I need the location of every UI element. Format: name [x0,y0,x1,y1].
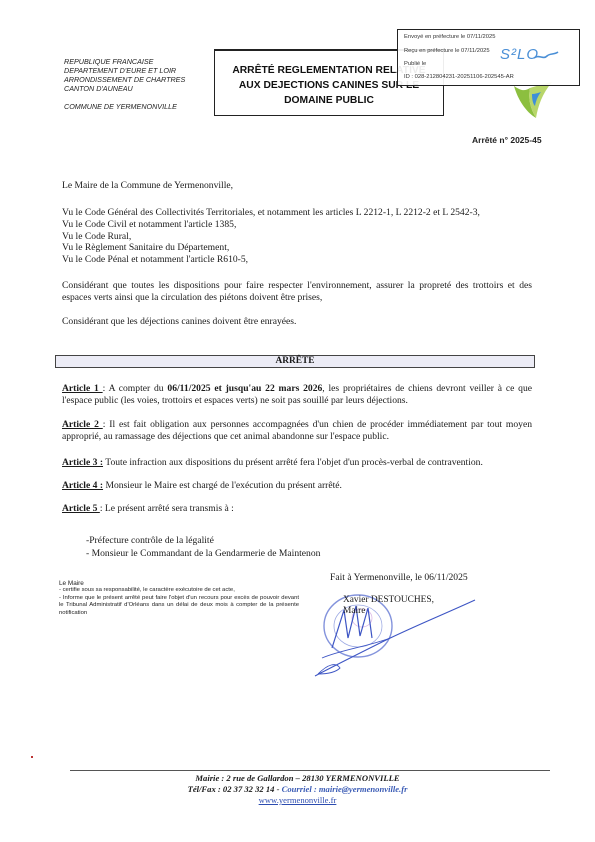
footer-divider [70,770,550,771]
title-line: DOMAINE PUBLIC [215,93,443,108]
signatory-role: Maire [343,606,434,617]
article-text: Monsieur le Maire est chargé de l'exécut… [105,480,342,491]
article-label: Article 4 : [62,480,103,491]
considerant-1: Considérant que toutes les dispositions … [62,280,532,304]
note-heading: Le Maire [59,580,299,587]
administrative-header: REPUBLIQUE FRANCAISE DEPARTEMENT D'EURE … [64,57,185,111]
footer-contact: Tél/Fax : 02 37 32 32 14 - Courriel : ma… [0,784,595,795]
visa-item: Vu le Code Général des Collectivités Ter… [62,207,532,219]
article-text: Le présent arrêté sera transmis à : [105,503,234,514]
scan-speck [31,756,33,758]
note-line: - certifie sous sa responsabilité, le ca… [59,587,299,594]
stamp-sent: Envoyé en préfecture le 07/11/2025 [404,34,495,40]
article-4: Article 4 : Monsieur le Maire est chargé… [62,480,532,492]
article-label: Article 3 : [62,457,103,468]
article-5: Article 5 : Le présent arrêté sera trans… [62,503,532,515]
visa-item: Vu le Code Rural, [62,231,532,243]
article-1: Article 1 : A compter du 06/11/2025 et j… [62,383,532,407]
visas-list: Vu le Code Général des Collectivités Ter… [62,207,532,266]
article-text: Toute infraction aux dispositions du pré… [105,457,483,468]
header-line: CANTON D'AUNEAU [64,84,185,93]
article-text: A compter du [109,383,168,394]
arrete-number: Arrêté n° 2025-45 [472,135,542,145]
footer-address: Mairie : 2 rue de Gallardon – 28130 YERM… [0,773,595,784]
recipients-list: -Préfecture contrôle de la légalité - Mo… [86,535,320,560]
signatory-name: Xavier DESTOUCHES, [343,595,434,606]
header-line: ARRONDISSEMENT DE CHARTRES [64,75,185,84]
footer-email[interactable]: Courriel : mairie@yermenonville.fr [282,784,408,794]
header-line: REPUBLIQUE FRANCAISE [64,57,185,66]
article-label: Article 1 [62,383,103,394]
article-dates: 06/11/2025 et jusqu'au 22 mars 2026 [167,383,322,394]
article-2: Article 2 : Il est fait obligation aux p… [62,419,532,443]
article-label: Article 2 [62,419,103,430]
article-label: Article 5 [62,503,100,514]
footer-phone: Tél/Fax : 02 37 32 32 14 - [188,784,282,794]
note-line: - Informe que le présent arrêté peut fai… [59,595,299,617]
signatory: Xavier DESTOUCHES, Maire [343,595,434,616]
place-date: Fait à Yermenonville, le 06/11/2025 [330,572,468,583]
stamp-id: ID : 028-212804231-20251106-202545-AR [404,74,514,80]
considerant-2: Considérant que les déjections canines d… [62,316,532,328]
visa-item: Vu le Code Pénal et notamment l'article … [62,254,532,266]
stamp-received: Reçu en préfecture le 07/11/2025 [404,48,490,54]
recipient-item: -Préfecture contrôle de la légalité [86,535,320,548]
visa-item: Vu le Code Civil et notamment l'article … [62,219,532,231]
arrete-section-header: ARRÊTE [55,355,535,368]
article-3: Article 3 : Toute infraction aux disposi… [62,457,532,469]
commune-name: COMMUNE DE YERMENONVILLE [64,102,185,111]
header-line: DEPARTEMENT D'EURE ET LOIR [64,66,185,75]
maire-legal-note: Le Maire - certifie sous sa responsabili… [59,580,299,617]
article-text: Il est fait obligation aux personnes acc… [62,419,532,442]
footer-website-row: www.yermenonville.fr [0,795,595,806]
footer-website-link[interactable]: www.yermenonville.fr [259,795,337,805]
stamp-published: Publié le [404,61,426,67]
visa-item: Vu le Règlement Sanitaire du Département… [62,242,532,254]
intro-text: Le Maire de la Commune de Yermenonville, [62,180,532,192]
swoosh-icon [533,51,559,61]
recipient-item: - Monsieur le Commandant de la Gendarmer… [86,548,320,561]
